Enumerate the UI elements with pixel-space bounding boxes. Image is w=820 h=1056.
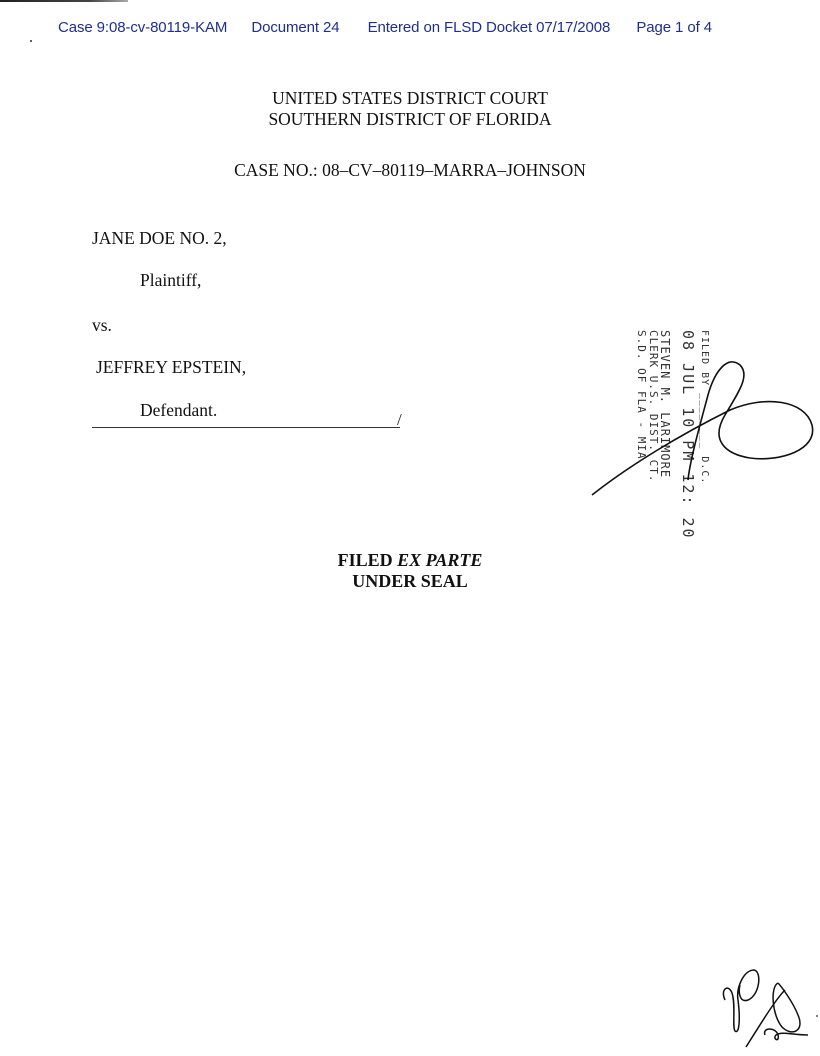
defendant-role: Defendant.	[140, 400, 217, 421]
handwritten-signature-icon	[590, 350, 820, 500]
filing-notice-line1: FILED EX PARTE	[0, 550, 820, 571]
docket-header: Case 9:08-cv-80119-KAM Document 24 Enter…	[58, 19, 712, 36]
docket-page-count: Page 1 of 4	[636, 19, 712, 36]
caption-divider-line	[92, 427, 400, 428]
plaintiff-name: JANE DOE NO. 2,	[92, 228, 227, 249]
handwritten-initials-icon	[710, 965, 820, 1055]
defendant-name: JEFFREY EPSTEIN,	[96, 357, 246, 378]
docket-case-number: Case 9:08-cv-80119-KAM	[58, 19, 227, 36]
caption-end-slash: /	[397, 410, 402, 430]
docket-document-number: Document 24	[251, 19, 339, 36]
court-heading: UNITED STATES DISTRICT COURT SOUTHERN DI…	[0, 88, 820, 130]
plaintiff-role: Plaintiff,	[140, 270, 201, 291]
filing-notice: FILED EX PARTE UNDER SEAL	[0, 550, 820, 592]
filing-notice-line2: UNDER SEAL	[0, 571, 820, 592]
docket-entered-date: Entered on FLSD Docket 07/17/2008	[368, 19, 611, 36]
versus-label: vs.	[92, 315, 112, 336]
ex-parte-emphasis: EX PARTE	[397, 550, 482, 570]
case-number: CASE NO.: 08–CV–80119–MARRA–JOHNSON	[0, 160, 820, 181]
scan-edge-rule	[0, 0, 128, 2]
scan-artifact-dot	[30, 40, 32, 42]
court-district: SOUTHERN DISTRICT OF FLORIDA	[0, 109, 820, 130]
court-name: UNITED STATES DISTRICT COURT	[0, 88, 820, 109]
